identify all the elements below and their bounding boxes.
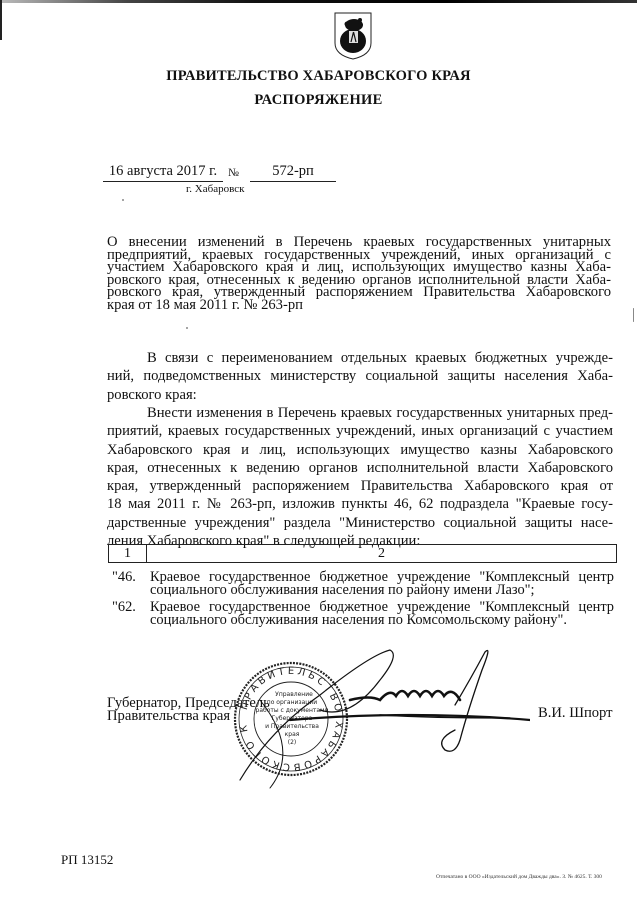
scan-speck bbox=[186, 327, 188, 329]
scan-speck bbox=[633, 308, 634, 322]
document-number: 572-рп bbox=[250, 162, 336, 182]
document-subject: О внесении изменений в Перечень краевых … bbox=[107, 236, 611, 312]
scan-speck bbox=[122, 199, 124, 201]
document-city: г. Хабаровск bbox=[186, 183, 244, 195]
item-line: социального обслуживания населения по ра… bbox=[150, 584, 614, 597]
body-line: Внести изменения в Перечень краевых госу… bbox=[107, 404, 613, 422]
document-date: 16 августа 2017 г. bbox=[103, 162, 223, 182]
signer-name: В.И. Шпорт bbox=[538, 705, 613, 722]
coat-of-arms-icon bbox=[333, 11, 373, 61]
body-line: ровского края: bbox=[107, 386, 613, 404]
registration-number: РП 13152 bbox=[61, 852, 113, 868]
body-line: приятий, краевых государственных учрежде… bbox=[107, 422, 613, 440]
scan-edge-left bbox=[0, 0, 2, 40]
body-line: края, утвержденный распоряжением Правите… bbox=[107, 477, 613, 495]
document-type: РАСПОРЯЖЕНИЕ bbox=[0, 92, 637, 109]
body-line: ний, подведомственных министерству социа… bbox=[107, 367, 613, 385]
body-line: края, отнесенных к ведению органов испол… bbox=[107, 459, 613, 477]
body-line: В связи с переименованием отдельных крае… bbox=[107, 349, 613, 367]
item-line: социального обслуживания населения по Ко… bbox=[150, 614, 614, 627]
amendments-table-header: 1 2 bbox=[108, 544, 617, 563]
table-header-col-1: 1 bbox=[109, 545, 147, 562]
scan-edge-top bbox=[0, 0, 637, 3]
item-text: Краевое государственное бюджетное учрежд… bbox=[150, 571, 614, 597]
body-line: Хабаровского края и лиц, использующих им… bbox=[107, 441, 613, 459]
subject-line: края от 18 мая 2011 г. № 263-рп bbox=[107, 299, 611, 312]
table-header-col-2: 2 bbox=[147, 545, 616, 562]
item-text: Краевое государственное бюджетное учрежд… bbox=[150, 601, 614, 627]
item-number: "46. bbox=[112, 571, 150, 584]
body-line: дарственные учреждения" раздела "Министе… bbox=[107, 514, 613, 532]
resolution-paragraph: Внести изменения в Перечень краевых госу… bbox=[107, 404, 613, 550]
number-sign: № bbox=[228, 167, 239, 179]
item-number: "62. bbox=[112, 601, 150, 614]
government-title: ПРАВИТЕЛЬСТВО ХАБАРОВСКОГО КРАЯ bbox=[0, 68, 637, 85]
handwritten-signature bbox=[230, 640, 530, 790]
preamble-paragraph: В связи с переименованием отдельных крае… bbox=[107, 349, 613, 404]
printer-note: Отпечатано в ООО «Издательский дом Дважд… bbox=[436, 874, 602, 880]
body-line: 18 мая 2011 г. № 263-рп, изложив пункты … bbox=[107, 495, 613, 513]
